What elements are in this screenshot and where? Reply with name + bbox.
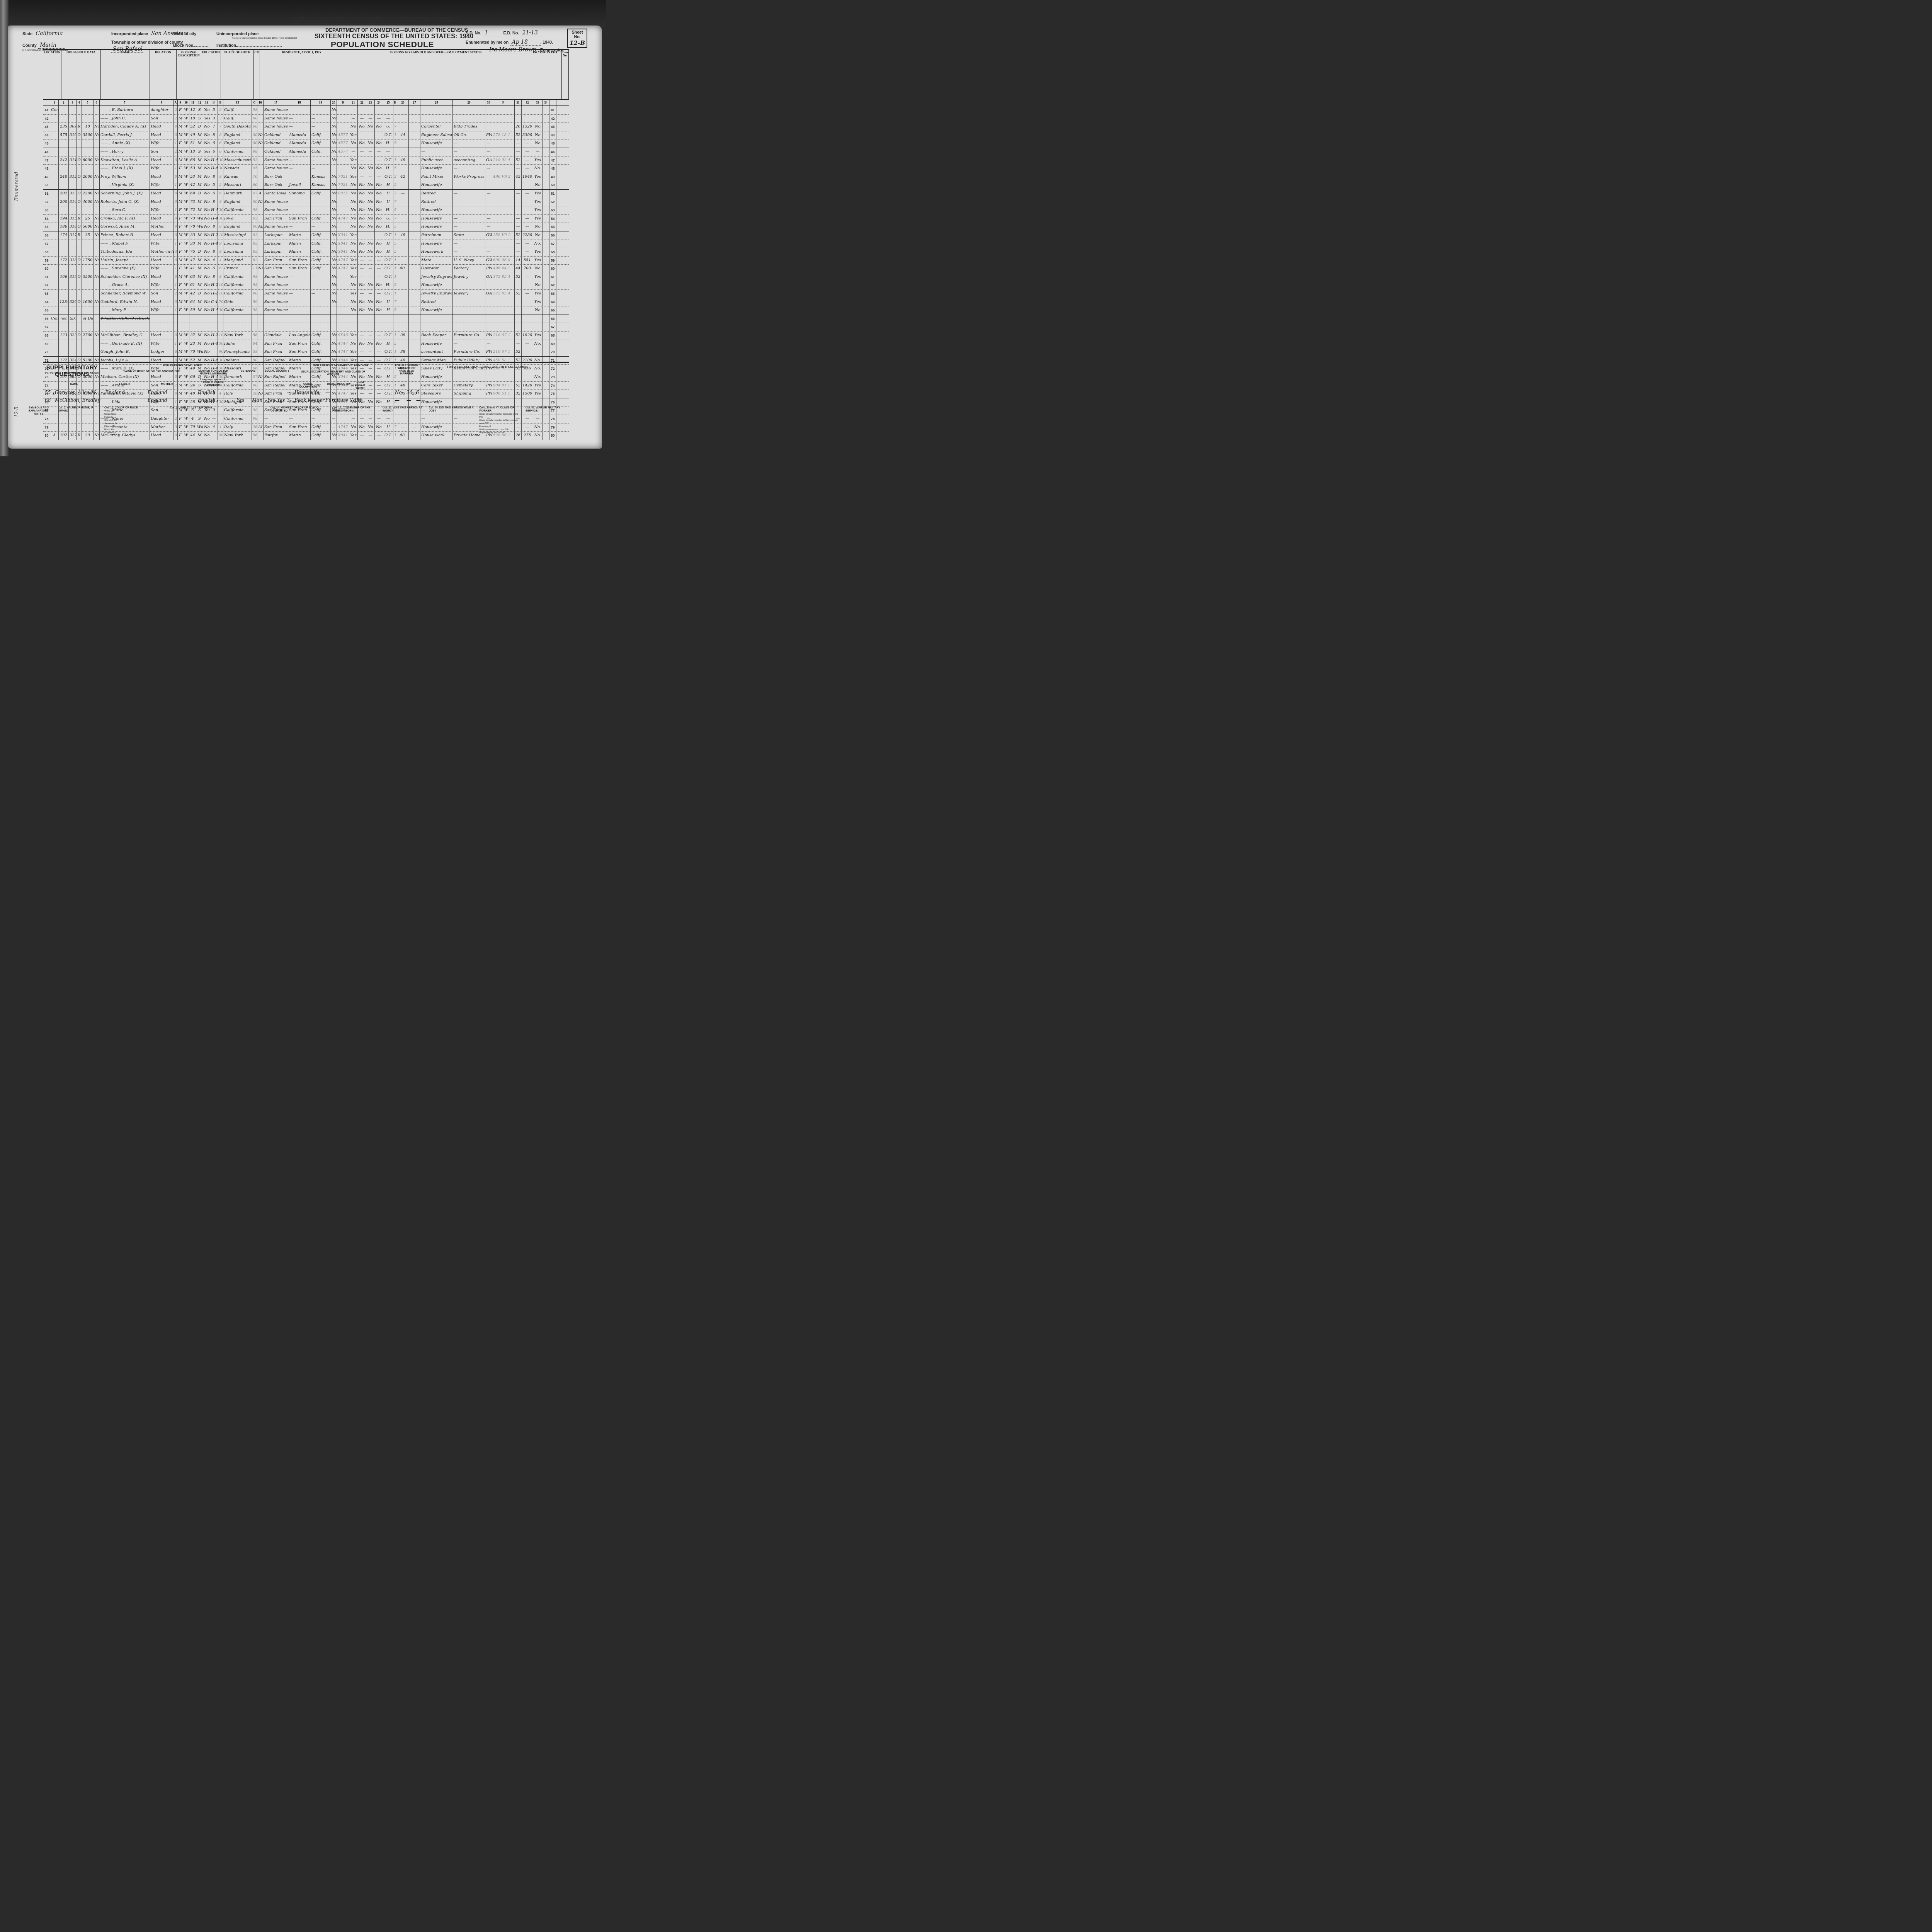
cell-line: 67 — [43, 323, 50, 331]
column-number: 16 — [257, 100, 264, 105]
cell-c22: No — [358, 215, 366, 223]
cell-sex: F — [178, 423, 183, 432]
cell-weeks: 14 — [515, 257, 522, 265]
cell-c22: — — [358, 257, 366, 265]
cell-c24: — — [375, 106, 383, 114]
cell-street — [50, 131, 59, 139]
table-header: LOCATIONHOUSEHOLD DATANAMERELATIONPERSON… — [43, 50, 569, 100]
cell-weeks: 44 — [515, 265, 522, 273]
cell-line: 58 — [43, 248, 50, 256]
cell-race: W — [183, 432, 189, 440]
cell-race: W — [183, 240, 189, 248]
cell-occupation — [420, 315, 453, 323]
cell-relation: Wife — [150, 340, 174, 348]
cell-c27 — [409, 156, 420, 165]
cell-wages: — — [522, 215, 533, 223]
cell-c21: No — [349, 281, 358, 289]
women-married-label: FOR ALL WOMEN WHO ARE OR HAVE BEEN MARRI… — [395, 364, 418, 375]
cell-c23: — — [366, 131, 375, 139]
cell-marital: M — [196, 198, 203, 206]
cell-occupation: Retired — [420, 298, 453, 306]
cell-industry: Jewelry — [453, 273, 485, 281]
cell-farm — [94, 139, 100, 148]
cell-house: 166 — [59, 273, 69, 281]
cell-hh: 309 — [69, 123, 77, 131]
cell-c21: Yes — [349, 265, 358, 273]
column-number: 4 — [77, 100, 82, 105]
cell-c27 — [409, 165, 420, 173]
cell-school: No — [203, 257, 210, 265]
cell-weeks: 26 — [515, 123, 522, 131]
cell-f — [492, 190, 515, 198]
cell-wages — [522, 323, 533, 331]
cell-c22: No — [358, 248, 366, 256]
column-group-header: PERSONAL DESCRIPTION — [177, 50, 201, 99]
cell-c25: O.T. — [383, 131, 393, 139]
cell-line: 79 — [549, 423, 556, 432]
cell-res-state: — — [311, 106, 331, 114]
cell-c22: No — [358, 181, 366, 189]
cell-f: 496 44 1 — [492, 265, 515, 273]
cell-value — [82, 165, 94, 173]
cell-c24: No — [375, 165, 383, 173]
cell-e: 1 — [393, 432, 397, 440]
cell-race: W — [183, 415, 189, 423]
cell-other: No — [533, 123, 543, 131]
cell-c27 — [409, 265, 420, 273]
cell-b: 30 — [218, 306, 223, 315]
cell-farmsch — [543, 131, 549, 139]
cell-other: No — [533, 131, 543, 139]
race-code: Japanese Jp — [104, 422, 162, 425]
cell-c23: No — [366, 248, 375, 256]
cell-res-county: San Fran — [288, 215, 311, 223]
cell-f — [492, 248, 515, 256]
table-row: 51202313O2200NoScherning, John J. (X)Hea… — [43, 190, 569, 198]
cell-grade: H-2 — [210, 290, 218, 298]
cell-c24 — [375, 315, 383, 323]
cell-c24: No — [375, 306, 383, 315]
cell-line: 62 — [43, 281, 50, 289]
cell-c22: — — [358, 148, 366, 156]
cell-industry: — — [453, 139, 485, 148]
cell-occupation — [420, 115, 453, 123]
office-use-label: FOR OFFICE USE ONLY—DO NOT WRITE IN THES… — [430, 366, 546, 369]
schedule-title: POPULATION SCHEDULE — [331, 40, 434, 49]
cell-c26 — [397, 340, 409, 348]
cell-c25: H — [383, 340, 393, 348]
cell-own — [77, 181, 82, 189]
cell-a: 0 — [174, 198, 178, 206]
cell-house — [59, 265, 69, 273]
note-col16: Col. 16. CITIZENSHIP OF THE FOREIGN BORN… — [332, 406, 379, 413]
cell-hh — [69, 265, 77, 273]
cell-wages: — — [522, 148, 533, 156]
cell-c26: 48. — [397, 432, 409, 440]
supp-cell-c44: — — [287, 390, 291, 395]
cell-street — [50, 265, 59, 273]
cell-race — [183, 323, 189, 331]
cell-farmsch — [543, 340, 549, 348]
cell-race: W — [183, 265, 189, 273]
cell-c26: — — [397, 181, 409, 189]
usual-occupation-label: USUAL OCCUPATION, INDUSTRY, AND CLASS OF… — [294, 371, 372, 376]
cell-occupation: Retired — [420, 198, 453, 206]
cell-farm35: No — [331, 131, 337, 139]
table-row: 6767 — [43, 323, 569, 332]
cell-other: Yes — [533, 215, 543, 223]
cell-c21: No — [349, 306, 358, 315]
cell-age: 53 — [189, 165, 196, 173]
cell-race: W — [183, 306, 189, 315]
cell-farmsch — [543, 281, 549, 289]
cell-marital: D — [196, 123, 203, 131]
cell-b: 8 — [218, 198, 223, 206]
cell-farm — [94, 423, 100, 432]
cell-school: No — [203, 423, 210, 432]
cell-res-city: Oakland — [264, 139, 288, 148]
cell-school: No — [203, 415, 210, 423]
table-row: 66Censusnottakenof Dist.Whistler, Cliffo… — [43, 315, 569, 323]
cell-birth: Italy — [223, 423, 252, 432]
cell-hh: 311 — [69, 156, 77, 165]
cell-industry: — — [453, 240, 485, 248]
cell-weeks: 52 — [515, 348, 522, 356]
cell-grade: H-2 — [210, 231, 218, 240]
column-number: 13 — [203, 100, 210, 105]
cell-birth: France — [223, 265, 252, 273]
cell-cit — [257, 156, 264, 165]
cell-industry: — — [453, 298, 485, 306]
cell-hh — [69, 165, 77, 173]
cell-hh: 327 — [69, 432, 77, 440]
margin-handwritten-note: Enumerated — [14, 172, 19, 201]
cell-other: Yes — [533, 206, 543, 214]
table-row: 64128A320O16000NoGoddard, Edwin N.Head0M… — [43, 298, 569, 307]
cell-farm — [94, 115, 100, 123]
cell-f — [492, 306, 515, 315]
cell-race: W — [183, 281, 189, 289]
cell-c25: O.T. — [383, 332, 393, 340]
cell-line: 45 — [549, 139, 556, 148]
header-state: State California — [22, 30, 65, 37]
cell-cls: — — [485, 340, 492, 348]
cell-line: 49 — [549, 173, 556, 181]
cell-house — [59, 206, 69, 214]
cell-farm35: No — [331, 223, 337, 231]
race-code: Korean Kor — [104, 431, 162, 434]
cell-c: 98 — [252, 406, 257, 415]
cell-cls: PW — [485, 265, 492, 273]
cell-farm: No — [94, 273, 100, 281]
sd-value: 1 — [483, 30, 502, 36]
supp-cell-usual-ind: Furniture Co. — [325, 398, 357, 403]
cell-c23: — — [366, 273, 375, 281]
cell-value — [82, 248, 94, 256]
cell-c22: No — [358, 206, 366, 214]
cell-f — [492, 148, 515, 156]
cell-farm — [94, 106, 100, 114]
cell-line: 43 — [43, 123, 50, 131]
cell-birth: Denmark — [223, 190, 252, 198]
cell-street — [50, 423, 59, 432]
cell-industry: State — [453, 231, 485, 240]
cell-c25: H — [383, 248, 393, 256]
cell-c25: H — [383, 240, 393, 248]
cell-cit — [257, 148, 264, 156]
table-row: 50—— , Virginia (X)Wife1FW42MNo55Missour… — [43, 181, 569, 190]
cell-age: 23 — [189, 340, 196, 348]
cell-res-county: Los Angeles — [288, 332, 311, 340]
cell-res-city: Same house — [264, 273, 288, 281]
cell-sex: M — [178, 273, 183, 281]
table-row: 54194315R25NoGronka, Ida F. (X)Head0FW73… — [43, 215, 569, 223]
cell-hh — [69, 139, 77, 148]
cell-c27 — [409, 432, 420, 440]
cell-weeks: 52 — [515, 131, 522, 139]
cell-res-state — [311, 323, 331, 331]
cell-other: No. — [533, 432, 543, 440]
cell-wages: — — [522, 423, 533, 432]
cell-line: 63 — [43, 290, 50, 298]
cell-c: 98 — [252, 106, 257, 114]
cell-grade — [210, 315, 218, 323]
cell-street — [50, 290, 59, 298]
cell-relation: Wife — [150, 181, 174, 189]
cell-grade — [210, 432, 218, 440]
cell-weeks: 52 — [515, 156, 522, 165]
cell-farm: No — [94, 190, 100, 198]
cell-wages: — — [522, 415, 533, 423]
cell-wages: — — [522, 240, 533, 248]
cell-res-state: — — [311, 123, 331, 131]
cell-industry — [453, 323, 485, 331]
cell-wages: 3300 — [522, 131, 533, 139]
cell-res-county: San Fran — [288, 423, 311, 432]
cell-school: No — [203, 206, 210, 214]
cell-c22: — — [358, 131, 366, 139]
cell-house — [59, 323, 69, 331]
cell-d — [337, 206, 349, 214]
cell-e: 5 — [393, 248, 397, 256]
cell-street — [50, 181, 59, 189]
cell-b: 7 — [218, 123, 223, 131]
cell-farmsch — [543, 265, 549, 273]
cell-occupation: Housewife — [420, 215, 453, 223]
cell-weeks: — — [515, 198, 522, 206]
cell-street — [50, 231, 59, 240]
cell-cls: — — [485, 139, 492, 148]
cell-res-county: Marin — [288, 432, 311, 440]
cell-b: 9 — [218, 240, 223, 248]
form-number: 16-521 A — [565, 15, 574, 18]
cell-house — [59, 240, 69, 248]
column-number-row: 12345678A91011121314B15C1617181920D21222… — [43, 100, 569, 106]
cell-c26 — [397, 315, 409, 323]
column-number: 34 — [543, 100, 549, 105]
cell-relation: Head — [150, 156, 174, 165]
cell-d — [337, 290, 349, 298]
cell-c24: No — [375, 298, 383, 306]
cell-sex: M — [178, 298, 183, 306]
cell-weeks: — — [515, 298, 522, 306]
cell-res-county — [288, 173, 311, 181]
cell-occupation: — — [420, 148, 453, 156]
cell-res-county: San Fran — [288, 265, 311, 273]
cell-race: W — [183, 298, 189, 306]
cell-own — [77, 348, 82, 356]
cell-occupation: Retired — [420, 190, 453, 198]
cell-cit: AL — [257, 423, 264, 432]
cell-f: 210 67 1 — [492, 332, 515, 340]
cell-house: 235 — [59, 123, 69, 131]
cell-c25: O.T. — [383, 265, 393, 273]
cell-e: 7 — [393, 123, 397, 131]
cell-res-city: Larkspur — [264, 240, 288, 248]
cell-relation: Head — [150, 131, 174, 139]
cell-relation: Head — [150, 198, 174, 206]
cell-hh: 320 — [69, 298, 77, 306]
column-group-header: RELATION — [150, 50, 177, 99]
cell-c27 — [409, 348, 420, 356]
cell-street — [50, 273, 59, 281]
supp-cell-mother: England — [148, 398, 167, 403]
cell-relation: daughter — [150, 106, 174, 114]
cell-res-city: San Fran — [264, 265, 288, 273]
cell-res-county: San Fran — [288, 340, 311, 348]
cell-farm — [94, 181, 100, 189]
cell-b: 90 — [218, 432, 223, 440]
cell-c22: — — [358, 432, 366, 440]
cell-res-state: Calif. — [311, 332, 331, 340]
cell-school: No — [203, 215, 210, 223]
cell-age: 79 — [189, 423, 196, 432]
cell-school: No — [203, 231, 210, 240]
worker-class-code: Unpaid family worker NP — [479, 431, 522, 434]
cell-school: No — [203, 198, 210, 206]
cell-res-state: — — [311, 298, 331, 306]
cell-line: 48 — [549, 165, 556, 173]
cell-street — [50, 123, 59, 131]
cell-birth: South Dakota — [223, 123, 252, 131]
cell-a: 0 — [174, 131, 178, 139]
cell-cit — [257, 281, 264, 289]
cell-d — [337, 156, 349, 165]
cell-line: 70 — [549, 348, 556, 356]
cell-name: —— , John C. — [100, 115, 150, 123]
cell-c26: 48 — [397, 231, 409, 240]
cell-d: 4747 — [337, 257, 349, 265]
cell-e — [393, 415, 397, 423]
cell-c23: No — [366, 139, 375, 148]
cell-industry — [453, 115, 485, 123]
cell-c26 — [397, 257, 409, 265]
cell-c24: — — [375, 348, 383, 356]
supp-cell-name: Gorwcot, Alice M. — [55, 390, 97, 395]
race-code: Chinese Chi — [104, 419, 162, 422]
cell-c26: — — [397, 190, 409, 198]
cell-res-county — [288, 315, 311, 323]
supp-cell-cls: PW — [354, 398, 362, 403]
cell-race: W — [183, 123, 189, 131]
cell-school: No — [203, 181, 210, 189]
cell-res-city: Same house — [264, 298, 288, 306]
cell-cls — [485, 181, 492, 189]
cell-name: McGibbon, Bradley C. — [100, 332, 150, 340]
cell-wages: — — [522, 165, 533, 173]
cell-c27 — [409, 257, 420, 265]
cell-d: 9X46 — [337, 332, 349, 340]
cell-sex: F — [178, 306, 183, 315]
cell-farm — [94, 315, 100, 323]
cell-sex: M — [178, 290, 183, 298]
cell-age: 61 — [189, 281, 196, 289]
column-group-header: Line No. — [562, 50, 569, 99]
cell-c24: No — [375, 423, 383, 432]
cell-res-city: Same house — [264, 281, 288, 289]
table-row: 63Schneider, Raymond W.Son2MW42DNoH-210C… — [43, 290, 569, 298]
cell-own — [77, 115, 82, 123]
cell-race: W — [183, 332, 189, 340]
cell-sex: M — [178, 131, 183, 139]
cell-hh — [69, 323, 77, 331]
cell-wages: 551 — [522, 257, 533, 265]
cell-weeks: — — [515, 248, 522, 256]
cell-value: 3500 — [82, 273, 94, 281]
cell-marital: D — [196, 248, 203, 256]
cell-a: 3 — [174, 248, 178, 256]
cell-line: 80 — [549, 432, 556, 440]
cell-b: 8 — [218, 248, 223, 256]
cell-street: A — [50, 432, 59, 440]
cell-f — [492, 223, 515, 231]
column-number: 20 — [331, 100, 337, 105]
cell-res-city: San Fran — [264, 423, 288, 432]
cell-c25: H — [383, 306, 393, 315]
cell-grade: 8 — [210, 198, 218, 206]
supplementary-section: SUPPLEMENTARY QUESTIONS For Persons Enum… — [43, 362, 569, 405]
cell-b: 30 — [218, 340, 223, 348]
cell-f: 608 96 0 — [492, 257, 515, 265]
cell-c23: — — [366, 173, 375, 181]
cell-marital: Wd — [196, 423, 203, 432]
cell-b: 8 — [218, 273, 223, 281]
cell-wages: — — [522, 273, 533, 281]
cell-f: 278 18 1 — [492, 131, 515, 139]
cell-d — [337, 165, 349, 173]
cell-race: W — [183, 173, 189, 181]
cell-c26 — [397, 415, 409, 423]
cell-res-state: Calif. — [311, 148, 331, 156]
supp-cell-c42: Yes — [267, 398, 275, 403]
cell-name: Knowlton, Leslie A. — [100, 156, 150, 165]
cell-name: Roberts, John C. (X) — [100, 198, 150, 206]
column-group-header: NAME — [101, 50, 150, 99]
cell-c21: No — [349, 190, 358, 198]
cell-relation: Head — [150, 215, 174, 223]
cell-street — [50, 406, 59, 415]
cell-res-county: Alameda — [288, 131, 311, 139]
cell-farm — [94, 206, 100, 214]
cell-industry: — — [453, 181, 485, 189]
cell-house: 240 — [59, 173, 69, 181]
cell-res-county: — — [288, 290, 311, 298]
cell-own — [77, 423, 82, 432]
cell-c22 — [358, 323, 366, 331]
cell-own — [77, 139, 82, 148]
cell-value — [82, 148, 94, 156]
cell-other: Yes — [533, 290, 543, 298]
